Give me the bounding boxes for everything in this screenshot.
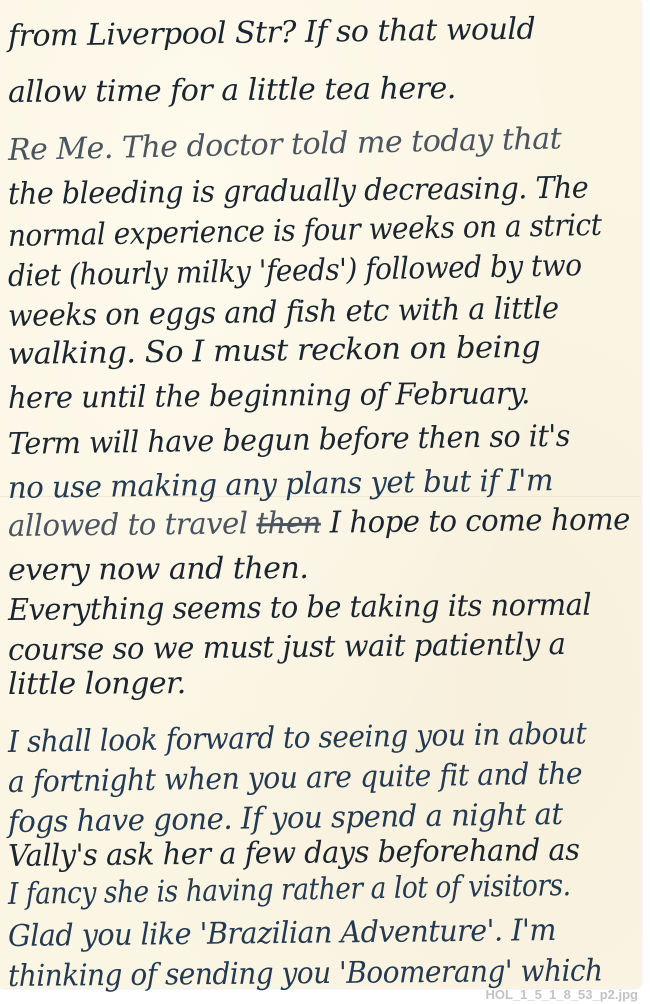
letter-line-11: no use making any plans yet but if I'm: [8, 466, 553, 504]
letter-line-4: the bleeding is gradually decreasing. Th…: [8, 174, 589, 210]
letter-line-13: every now and then.: [8, 554, 309, 586]
letter-line-20: Vally's ask her a few days beforehand as: [8, 836, 580, 872]
struck-word: then: [256, 506, 321, 542]
letter-line-1: from Liverpool Str? If so that would: [8, 15, 536, 52]
line-12-before: allowed to travel: [8, 506, 257, 544]
letter-line-8: walking. So I must reckon on being: [8, 333, 541, 370]
letter-line-12: allowed to travel then I hope to come ho…: [8, 505, 630, 542]
letter-line-10: Term will have begun before then so it's: [8, 422, 570, 460]
letter-line-2: allow time for a little tea here.: [8, 74, 456, 108]
letter-line-14: Everything seems to be taking its normal: [8, 591, 591, 626]
letter-line-16: little longer.: [8, 669, 186, 700]
letter-line-19: fogs have gone. If you spend a night at: [8, 800, 563, 838]
letter-page: from Liverpool Str? If so that would all…: [0, 0, 641, 988]
letter-line-18: a fortnight when you are quite fit and t…: [8, 759, 583, 798]
letter-line-6: diet (hourly milky 'feeds') followed by …: [8, 251, 582, 292]
filename-watermark: HOL_1_5_1_8_53_p2.jpg: [486, 987, 638, 1002]
letter-line-9: here until the beginning of February.: [8, 379, 530, 414]
letter-line-22: Glad you like 'Brazilian Adventure'. I'm: [8, 916, 556, 952]
letter-line-3: Re Me. The doctor told me today that: [8, 124, 562, 166]
letter-line-5: normal experience is four weeks on a str…: [8, 211, 602, 252]
letter-line-17: I shall look forward to seeing you in ab…: [8, 719, 587, 758]
letter-line-21: I fancy she is having rather a lot of vi…: [8, 871, 571, 910]
letter-line-7: weeks on eggs and fish etc with a little: [8, 294, 559, 332]
letter-line-15: course so we must just wait patiently a: [8, 630, 566, 666]
line-12-after: I hope to come home: [321, 502, 630, 540]
